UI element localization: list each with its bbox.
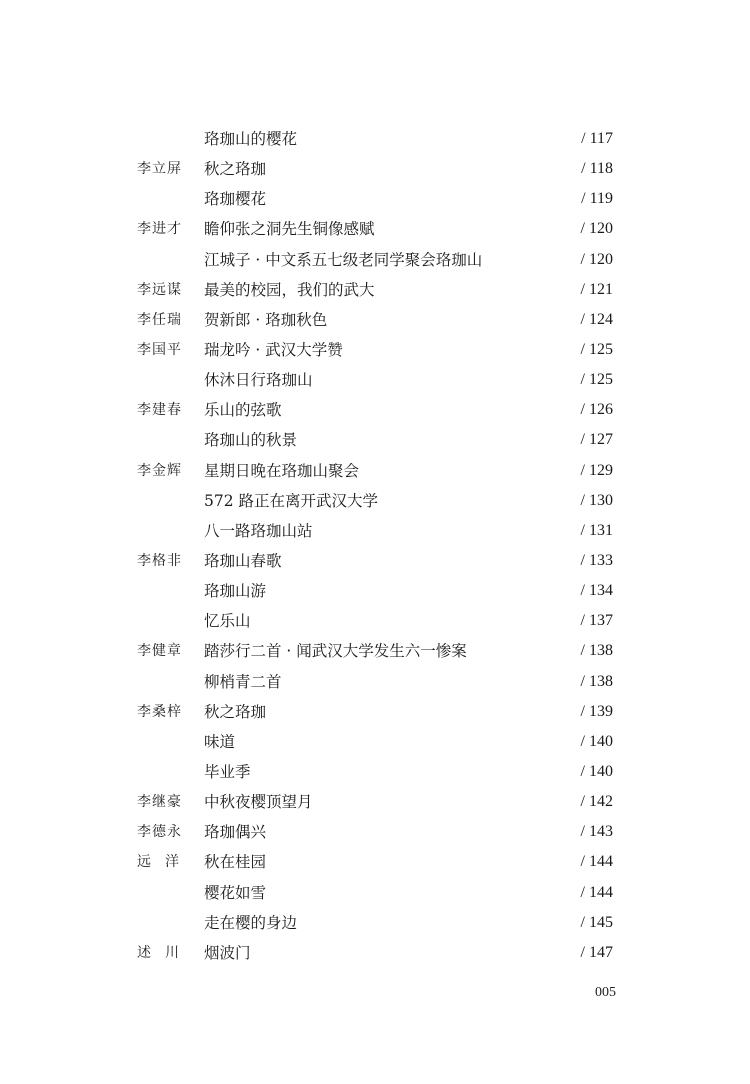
toc-page-number: / 138 bbox=[581, 667, 613, 697]
toc-page-number: / 119 bbox=[581, 184, 613, 214]
toc-title: 味道 bbox=[204, 727, 235, 757]
toc-title: 走在樱的身边 bbox=[204, 908, 297, 938]
toc-title: 秋之珞珈 bbox=[204, 154, 266, 184]
toc-author: 李继豪 bbox=[137, 787, 199, 817]
toc-page-number: / 131 bbox=[581, 516, 613, 546]
toc-page-number: / 126 bbox=[581, 395, 613, 425]
toc-page-number: / 144 bbox=[581, 847, 613, 877]
toc-title: 踏莎行二首 · 闻武汉大学发生六一惨案 bbox=[204, 636, 467, 666]
toc-entry[interactable]: 李格非珞珈山春歌/ 133 bbox=[137, 546, 613, 576]
toc-page-number: / 140 bbox=[581, 757, 613, 787]
toc-entry[interactable]: 李进才瞻仰张之洞先生铜像感赋/ 120 bbox=[137, 214, 613, 244]
toc-author: 远 洋 bbox=[137, 847, 199, 877]
toc-page-number: / 121 bbox=[581, 275, 613, 305]
toc-page-number: / 137 bbox=[581, 606, 613, 636]
toc-title: 最美的校园，我们的武大 bbox=[204, 275, 375, 305]
toc-title: 星期日晚在珞珈山聚会 bbox=[204, 456, 359, 486]
toc-page-number: / 142 bbox=[581, 787, 613, 817]
toc-page-number: / 147 bbox=[581, 938, 613, 968]
toc-entry[interactable]: 李国平瑞龙吟 · 武汉大学赞/ 125 bbox=[137, 335, 613, 365]
toc-author: 李远谋 bbox=[137, 275, 199, 305]
toc-page-number: / 140 bbox=[581, 727, 613, 757]
toc-page-number: / 144 bbox=[581, 878, 613, 908]
toc-author: 述 川 bbox=[137, 938, 199, 968]
toc-entry[interactable]: 珞珈樱花/ 119 bbox=[137, 184, 613, 214]
toc-title: 中秋夜樱顶望月 bbox=[204, 787, 313, 817]
toc-title: 烟波门 bbox=[204, 938, 251, 968]
toc-title: 瞻仰张之洞先生铜像感赋 bbox=[204, 214, 375, 244]
toc-entry[interactable]: 珞珈山的樱花/ 117 bbox=[137, 124, 613, 154]
toc-entry[interactable]: 柳梢青二首/ 138 bbox=[137, 667, 613, 697]
toc-page-number: / 125 bbox=[581, 365, 613, 395]
toc-author: 李立屏 bbox=[137, 154, 199, 184]
toc-title: 572 路正在离开武汉大学 bbox=[204, 486, 378, 516]
toc-entry[interactable]: 味道/ 140 bbox=[137, 727, 613, 757]
toc-page-number: / 130 bbox=[581, 486, 613, 516]
toc-entry[interactable]: 珞珈山的秋景/ 127 bbox=[137, 425, 613, 455]
toc-page-number: / 124 bbox=[581, 305, 613, 335]
toc-entry[interactable]: 八一路珞珈山站/ 131 bbox=[137, 516, 613, 546]
toc-entry[interactable]: 李建春乐山的弦歌/ 126 bbox=[137, 395, 613, 425]
toc-entry[interactable]: 572 路正在离开武汉大学/ 130 bbox=[137, 486, 613, 516]
toc-title: 珞珈山春歌 bbox=[204, 546, 282, 576]
toc-title: 秋在桂园 bbox=[204, 847, 266, 877]
toc-page-number: / 120 bbox=[581, 214, 613, 244]
toc-page-number: / 145 bbox=[581, 908, 613, 938]
toc-author: 李格非 bbox=[137, 546, 199, 576]
toc-entry[interactable]: 樱花如雪/ 144 bbox=[137, 878, 613, 908]
toc-entry[interactable]: 休沐日行珞珈山/ 125 bbox=[137, 365, 613, 395]
toc-entry[interactable]: 述 川烟波门/ 147 bbox=[137, 938, 613, 968]
toc-title: 八一路珞珈山站 bbox=[204, 516, 313, 546]
toc-author: 李德永 bbox=[137, 817, 199, 847]
toc-entry[interactable]: 李桑梓秋之珞珈/ 139 bbox=[137, 697, 613, 727]
toc-title: 忆乐山 bbox=[204, 606, 251, 636]
toc-author: 李国平 bbox=[137, 335, 199, 365]
toc-author: 李桑梓 bbox=[137, 697, 199, 727]
toc-entry[interactable]: 远 洋秋在桂园/ 144 bbox=[137, 847, 613, 877]
toc-entry[interactable]: 珞珈山游/ 134 bbox=[137, 576, 613, 606]
toc-title: 珞珈山游 bbox=[204, 576, 266, 606]
toc-title: 江城子 · 中文系五七级老同学聚会珞珈山 bbox=[204, 245, 482, 275]
toc-entry[interactable]: 忆乐山/ 137 bbox=[137, 606, 613, 636]
toc-entry[interactable]: 李继豪中秋夜樱顶望月/ 142 bbox=[137, 787, 613, 817]
toc-entry[interactable]: 李德永珞珈偶兴/ 143 bbox=[137, 817, 613, 847]
toc-title: 秋之珞珈 bbox=[204, 697, 266, 727]
toc-entry[interactable]: 毕业季/ 140 bbox=[137, 757, 613, 787]
toc-page-number: / 127 bbox=[581, 425, 613, 455]
toc-page-number: / 120 bbox=[581, 245, 613, 275]
toc-title: 毕业季 bbox=[204, 757, 251, 787]
toc-page-number: / 125 bbox=[581, 335, 613, 365]
toc-entry[interactable]: 江城子 · 中文系五七级老同学聚会珞珈山/ 120 bbox=[137, 245, 613, 275]
toc-page-number: / 129 bbox=[581, 456, 613, 486]
toc-author: 李进才 bbox=[137, 214, 199, 244]
toc-page-number: / 138 bbox=[581, 636, 613, 666]
toc-title: 乐山的弦歌 bbox=[204, 395, 282, 425]
toc-page-number: / 139 bbox=[581, 697, 613, 727]
toc-title: 珞珈樱花 bbox=[204, 184, 266, 214]
toc-entry[interactable]: 李健章踏莎行二首 · 闻武汉大学发生六一惨案/ 138 bbox=[137, 636, 613, 666]
toc-title: 樱花如雪 bbox=[204, 878, 266, 908]
toc-author: 李任瑞 bbox=[137, 305, 199, 335]
toc-page-number: / 117 bbox=[581, 124, 613, 154]
toc-title: 珞珈偶兴 bbox=[204, 817, 266, 847]
toc-entry[interactable]: 走在樱的身边/ 145 bbox=[137, 908, 613, 938]
toc-author: 李建春 bbox=[137, 395, 199, 425]
toc-title: 贺新郎 · 珞珈秋色 bbox=[204, 305, 327, 335]
toc-title: 珞珈山的樱花 bbox=[204, 124, 297, 154]
toc-entry[interactable]: 李金辉星期日晚在珞珈山聚会/ 129 bbox=[137, 456, 613, 486]
toc-page-number: / 134 bbox=[581, 576, 613, 606]
toc-page-number: / 133 bbox=[581, 546, 613, 576]
toc-entry[interactable]: 李立屏秋之珞珈/ 118 bbox=[137, 154, 613, 184]
toc-page-number: / 143 bbox=[581, 817, 613, 847]
toc-title: 瑞龙吟 · 武汉大学赞 bbox=[204, 335, 343, 365]
toc-title: 柳梢青二首 bbox=[204, 667, 282, 697]
toc-page-number: / 118 bbox=[581, 154, 613, 184]
toc-entry[interactable]: 李远谋最美的校园，我们的武大/ 121 bbox=[137, 275, 613, 305]
toc-entry[interactable]: 李任瑞贺新郎 · 珞珈秋色/ 124 bbox=[137, 305, 613, 335]
toc-author: 李健章 bbox=[137, 636, 199, 666]
page-folio-number: 005 bbox=[595, 985, 616, 1001]
toc-author: 李金辉 bbox=[137, 456, 199, 486]
toc-title: 珞珈山的秋景 bbox=[204, 425, 297, 455]
toc-title: 休沐日行珞珈山 bbox=[204, 365, 313, 395]
table-of-contents: 珞珈山的樱花/ 117 李立屏秋之珞珈/ 118 珞珈樱花/ 119 李进才瞻仰… bbox=[137, 124, 613, 968]
